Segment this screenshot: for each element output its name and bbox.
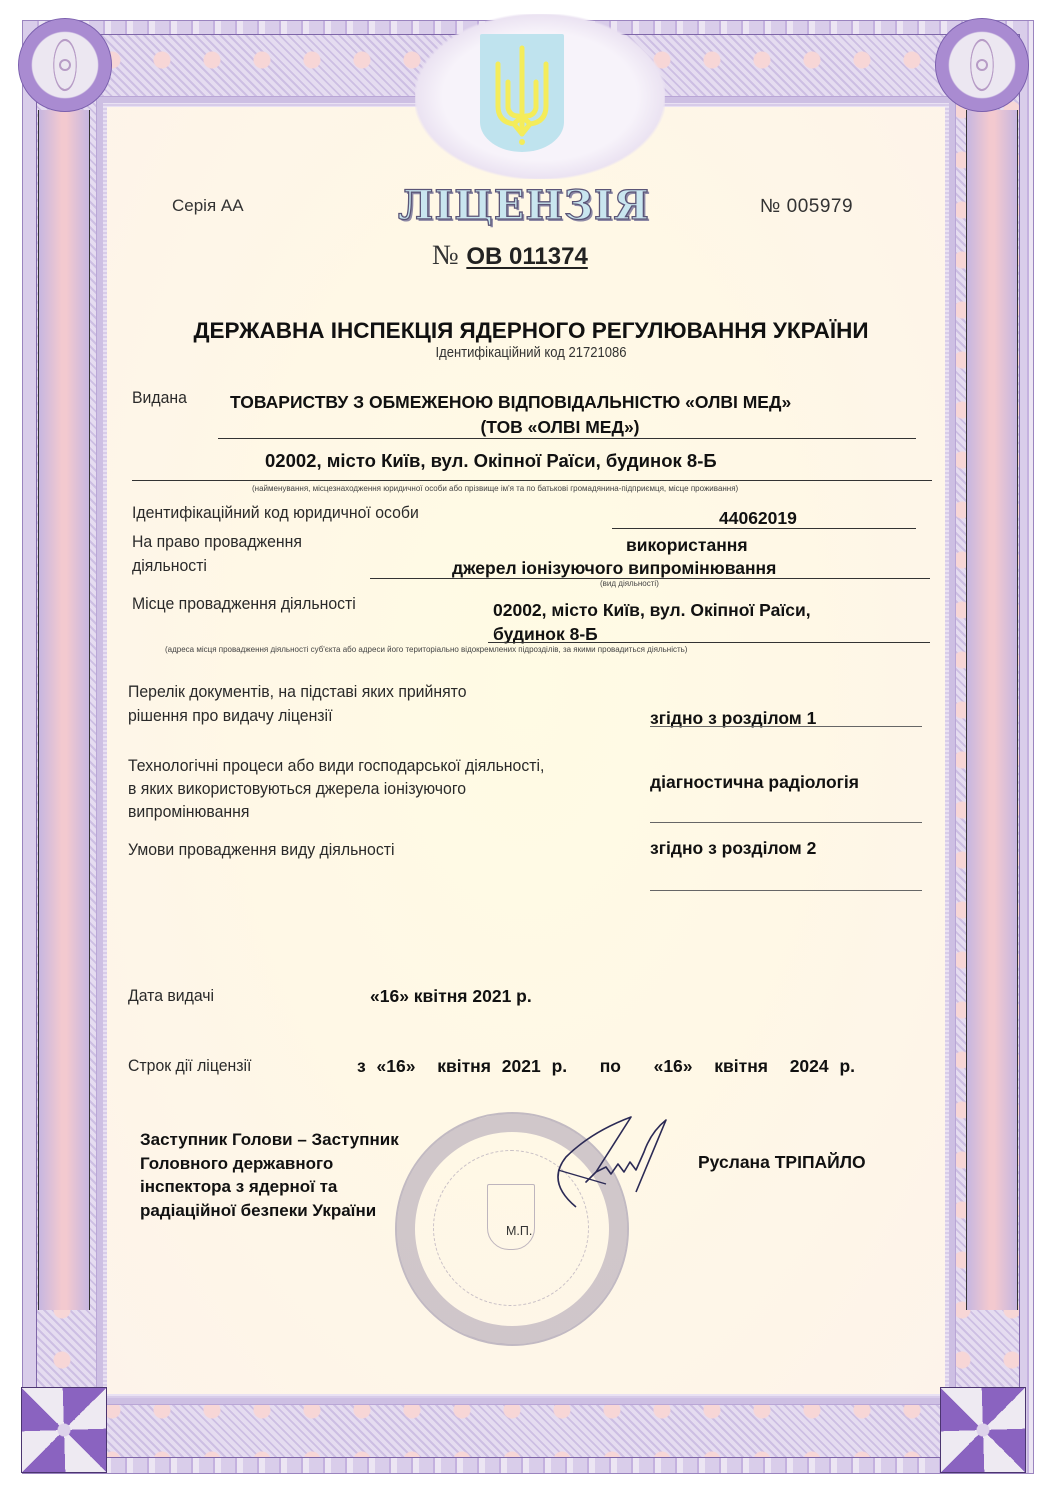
conditions-value: згідно з розділом 2 (650, 838, 816, 859)
issuer-id-code: Ідентифікаційний код 21721086 (53, 345, 1009, 361)
coat-of-arms-trident-icon (480, 34, 564, 152)
licensee-address: 02002, місто Київ, вул. Окіпної Раїси, б… (265, 450, 717, 472)
signatory-name: Руслана ТРІПАЙЛО (698, 1152, 866, 1173)
place-label: Місце провадження діяльності (132, 594, 356, 614)
tech-processes-label: Технологічні процеси або види господарсь… (128, 756, 544, 776)
corner-rosette-icon (21, 1387, 107, 1473)
divider (218, 438, 916, 439)
document-title: ЛІЦЕНЗІЯ (398, 182, 650, 229)
tech-processes-label-cont: в яких використовуються джерела іонізуюч… (128, 779, 466, 799)
licensee-short-name: (ТОВ «ОЛВІ МЕД») (0, 417, 1062, 438)
licensee-name: ТОВАРИСТВУ З ОБМЕЖЕНОЮ ВІДПОВІДАЛЬНІСТЮ … (230, 392, 791, 413)
address-hint: (найменування, місцезнаходження юридично… (252, 484, 738, 493)
legal-id-value: 44062019 (719, 508, 797, 529)
blank-number: № 005979 (760, 196, 853, 218)
issuer-name: ДЕРЖАВНА ІНСПЕКЦІЯ ЯДЕРНОГО РЕГУЛЮВАННЯ … (0, 318, 1062, 344)
validity-label: Строк дії ліцензії (128, 1056, 251, 1076)
divider (612, 528, 916, 529)
right-ornament-column (966, 110, 1018, 1310)
place-hint: (адреса місця провадження діяльності суб… (165, 645, 687, 654)
activity-label-cont: діяльності (132, 556, 207, 576)
issue-date-label: Дата видачі (128, 986, 214, 1006)
documents-label: Перелік документів, на підставі яких при… (128, 682, 466, 702)
divider (650, 726, 922, 727)
seal-label: М.П. (506, 1224, 532, 1238)
conditions-label: Умови провадження виду діяльності (128, 840, 394, 860)
activity-hint: (вид діяльності) (600, 579, 659, 588)
signatory-position: Заступник Голови – Заступник Головного д… (140, 1128, 399, 1222)
license-number-value: ОВ 011374 (466, 243, 587, 270)
divider (650, 890, 922, 891)
activity-value-cont: джерел іонізуючого випромінювання (452, 558, 776, 579)
left-ornament-column (38, 110, 90, 1310)
tech-processes-value: діагностична радіологія (650, 772, 859, 793)
seal-trident-icon (487, 1184, 535, 1250)
activity-value: використання (626, 535, 748, 556)
corner-rosette-icon (940, 1387, 1026, 1473)
series-label: Серія АА (172, 196, 244, 216)
activity-label: На право провадження (132, 532, 302, 552)
atom-medallion-icon (935, 18, 1029, 112)
number-sign: № (432, 240, 459, 271)
license-number: № ОВ 011374 (432, 240, 588, 272)
issue-date-value: «16» квітня 2021 р. (370, 986, 532, 1007)
divider (488, 642, 930, 643)
tech-processes-label-cont2: випромінювання (128, 802, 249, 822)
legal-id-label: Ідентифікаційний код юридичної особи (132, 503, 419, 523)
issued-to-label: Видана (132, 388, 187, 408)
documents-label-cont: рішення про видачу ліцензії (128, 706, 332, 726)
place-value: 02002, місто Київ, вул. Окіпної Раїси, (493, 600, 811, 621)
validity-value: з «16» квітня 2021 р. по «16» квітня 202… (357, 1056, 855, 1077)
divider (132, 480, 932, 481)
divider (650, 822, 922, 823)
signature (536, 1112, 686, 1222)
atom-medallion-icon (18, 18, 112, 112)
